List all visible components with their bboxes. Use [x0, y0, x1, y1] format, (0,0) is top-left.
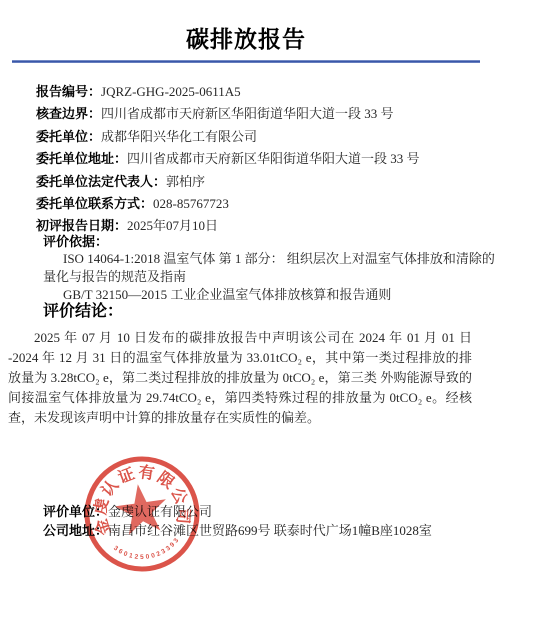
field-label: 委托单位地址：	[36, 151, 127, 166]
field-value: 郭柏序	[166, 174, 205, 189]
basis-standard-gbt: GB/T 32150—2015 工业企业温室气体排放核算和报告通则	[63, 286, 540, 304]
field-label: 委托单位法定代表人：	[36, 174, 166, 189]
field-value: 2025年07月10日	[127, 218, 218, 233]
evaluation-conclusion-text: 2025 年 07 月 10 日发布的碳排放报告中声明该公司在 2024 年 0…	[8, 328, 472, 428]
evaluation-conclusion-section: 评价结论： 2025 年 07 月 10 日发布的碳排放报告中声明该公司在 20…	[0, 303, 540, 428]
field-report-number: 报告编号：JQRZ-GHG-2025-0611A5	[36, 81, 540, 103]
field-label: 初评报告日期：	[36, 218, 127, 233]
field-label: 报告编号：	[36, 84, 101, 99]
field-label: 委托单位：	[36, 129, 101, 144]
field-legal-representative: 委托单位法定代表人：郭柏序	[36, 171, 540, 193]
field-value: 成都华阳兴华化工有限公司	[101, 129, 257, 144]
field-value: JQRZ-GHG-2025-0611A5	[101, 84, 241, 99]
field-value: 南昌市红谷滩区世贸路699号 联泰时代广场1幢B座1028室	[108, 523, 432, 538]
field-contact: 委托单位联系方式：028-85767723	[36, 193, 540, 215]
field-client-address: 委托单位地址：四川省成都市天府新区华阳街道华阳大道一段 33 号	[36, 148, 540, 170]
field-value: 028-85767723	[153, 196, 229, 211]
field-label: 评价单位：	[43, 504, 108, 519]
field-value: 四川省成都市天府新区华阳街道华阳大道一段 33 号	[101, 106, 394, 121]
basis-standard-iso-line2: 量化与报告的规范及指南	[43, 268, 540, 286]
field-value: 四川省成都市天府新区华阳街道华阳大道一段 33 号	[127, 151, 420, 166]
page-title: 碳排放报告	[12, 0, 480, 51]
field-evaluation-organization: 评价单位：金虔认证有限公司	[43, 502, 540, 521]
report-page: 碳排放报告 报告编号：JQRZ-GHG-2025-0611A5 核查边界：四川省…	[0, 0, 540, 636]
field-client: 委托单位：成都华阳兴华化工有限公司	[36, 126, 540, 148]
title-divider	[12, 60, 480, 63]
field-label: 委托单位联系方式：	[36, 196, 153, 211]
field-company-address: 公司地址：南昌市红谷滩区世贸路699号 联泰时代广场1幢B座1028室	[43, 521, 540, 540]
report-fields: 报告编号：JQRZ-GHG-2025-0611A5 核查边界：四川省成都市天府新…	[36, 81, 540, 238]
evaluation-conclusion-heading: 评价结论：	[43, 303, 540, 321]
footer-fields: 评价单位：金虔认证有限公司 公司地址：南昌市红谷滩区世贸路699号 联泰时代广场…	[43, 502, 540, 540]
field-value: 金虔认证有限公司	[108, 504, 212, 519]
field-label: 核查边界：	[36, 106, 101, 121]
field-verification-boundary: 核查边界：四川省成都市天府新区华阳街道华阳大道一段 33 号	[36, 103, 540, 125]
field-label: 公司地址：	[43, 523, 108, 538]
basis-standard-iso-line1: ISO 14064-1:2018 温室气体 第 1 部分： 组织层次上对温室气体…	[63, 250, 540, 268]
evaluation-basis-section: 评价依据： ISO 14064-1:2018 温室气体 第 1 部分： 组织层次…	[0, 233, 540, 303]
